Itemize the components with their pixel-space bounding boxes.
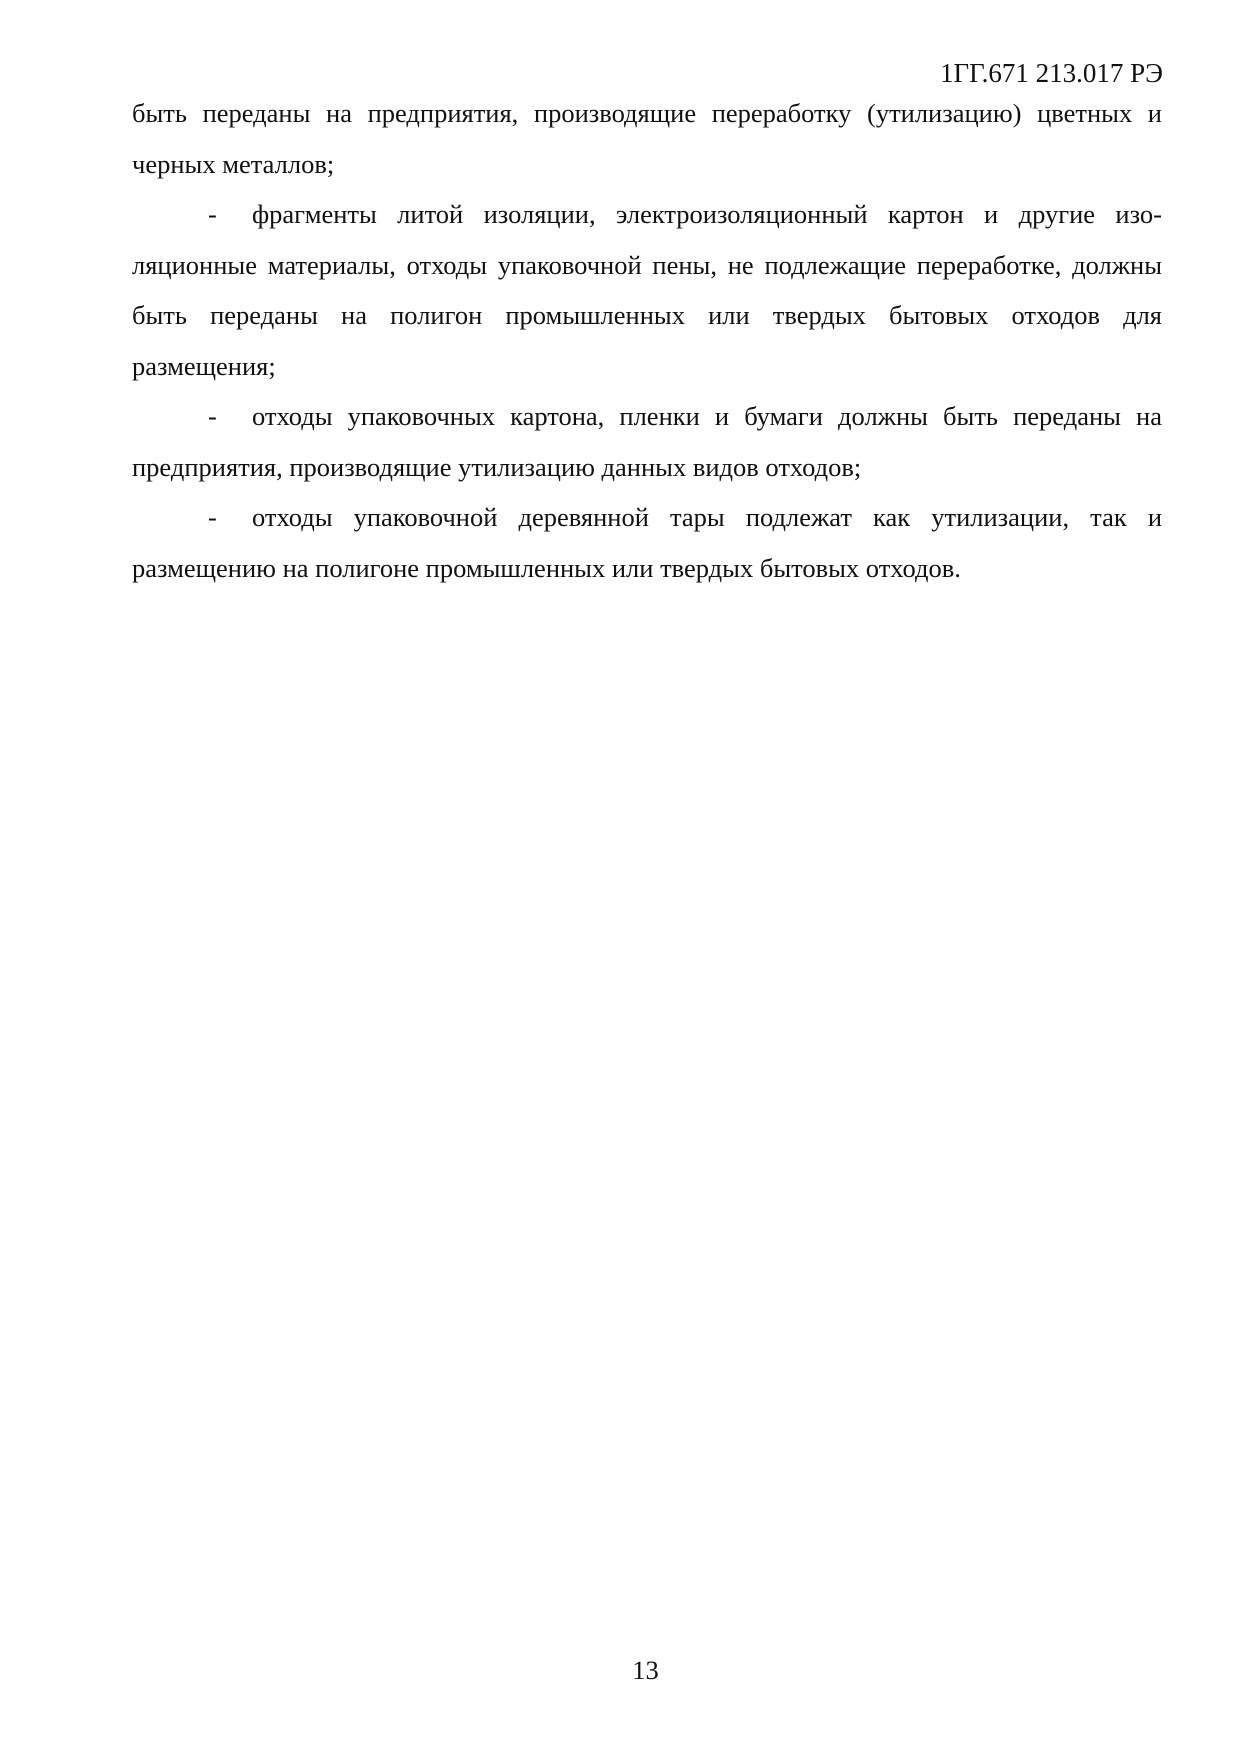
list-item-packaging-cardboard: -отходы упаковочных картона, пленки и бу… [132,391,1162,492]
list-item-wooden-packaging: -отходы упаковочной деревянной тары подл… [132,492,1162,593]
page-number: 13 [0,1655,1241,1685]
list-marker: - [208,189,252,240]
list-item-text: отходы упаковочных картона, пленки и бум… [132,401,1162,482]
document-code: 1ГГ.671 213.017 РЭ [940,58,1163,88]
paragraph-continuation: быть переданы на предприятия, производящ… [132,88,1162,189]
list-item-cast-insulation: -фрагменты литой изоляции, электроизоляц… [132,189,1162,391]
list-marker: - [208,391,252,442]
paragraph-text: быть переданы на предприятия, производящ… [132,98,1162,179]
list-marker: - [208,492,252,543]
list-item-text: отходы упаковочной деревянной тары подле… [132,502,1162,583]
document-body: быть переданы на предприятия, производящ… [132,88,1162,593]
list-item-text: фрагменты литой изоляции, электроизоляци… [132,199,1162,381]
